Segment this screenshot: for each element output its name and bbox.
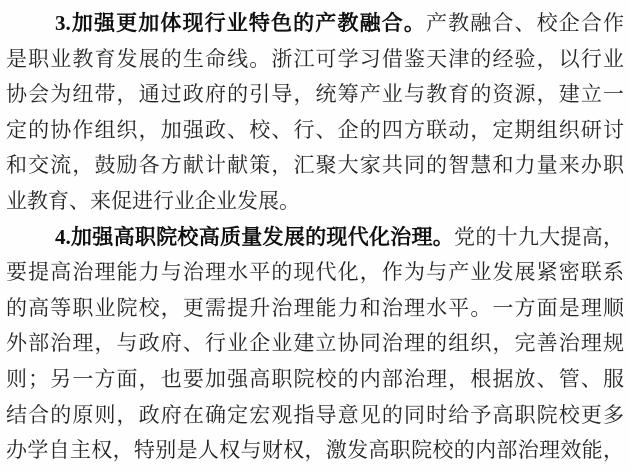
text-line: 要提高治理能力与治理水平的现代化，作为与产业发展紧密联系 [6,255,624,291]
paragraph-3: 3.加强更加体现行业特色的产教融合。产教融合、校企合作 是职业教育发展的生命线。… [6,6,624,220]
text-line: 则；另一方面，也要加强高职院校的内部治理，根据放、管、服 [6,362,624,398]
text-line: 外部治理，与政府、行业企业建立协同治理的组织，完善治理规 [6,326,624,362]
text-line: 和交流，鼓励各方献计献策，汇聚大家共同的智慧和力量来办职 [6,148,624,184]
document-page: 3.加强更加体现行业特色的产教融合。产教融合、校企合作 是职业教育发展的生命线。… [0,0,630,471]
text-line: 3.加强更加体现行业特色的产教融合。产教融合、校企合作 [6,6,624,42]
paragraph-4-line1-text: 党的十九大提高， [454,225,624,249]
paragraph-3-heading: 3.加强更加体现行业特色的产教融合。 [55,11,426,35]
text-line: 业教育、来促进行业企业发展。 [6,184,624,220]
text-line: 4.加强高职院校高质量发展的现代化治理。党的十九大提高， [6,220,624,256]
paragraph-4: 4.加强高职院校高质量发展的现代化治理。党的十九大提高， 要提高治理能力与治理水… [6,220,624,469]
text-line: 办学自主权，特别是人权与财权，激发高职院校的内部治理效能， [6,433,624,469]
text-line: 是职业教育发展的生命线。浙江可学习借鉴天津的经验，以行业 [6,42,624,78]
text-line: 协会为纽带，通过政府的引导，统筹产业与教育的资源，建立一 [6,77,624,113]
paragraph-3-line1-text: 产教融合、校企合作 [426,11,624,35]
text-line: 的高等职业院校，更需提升治理能力和治理水平。一方面是理顺 [6,291,624,327]
text-line: 结合的原则，政府在确定宏观指导意见的同时给予高职院校更多 [6,398,624,434]
paragraph-4-heading: 4.加强高职院校高质量发展的现代化治理。 [55,225,454,249]
text-line: 定的协作组织，加强政、校、行、企的四方联动，定期组织研讨 [6,113,624,149]
